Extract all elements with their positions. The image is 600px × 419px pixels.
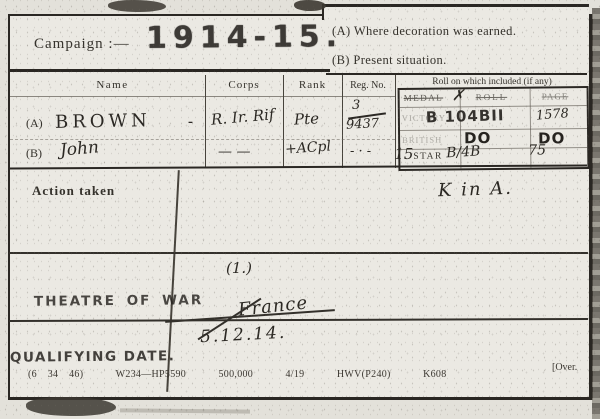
medal-roll-table: MEDAL ✗ ROLL PAGE VICTORY B 104BII 1578 … xyxy=(398,86,590,171)
header-rule-left xyxy=(10,69,330,72)
corps-b-ditto: — — xyxy=(218,144,250,160)
star-roll-value: B/4B xyxy=(446,143,481,161)
medal-index-card-scan: Campaign :— 1914-15. (A) Where decoratio… xyxy=(0,0,600,419)
scan-streak-bottom xyxy=(120,408,250,413)
column-header-name: Name xyxy=(20,79,205,91)
row-b-label: (B) xyxy=(26,146,42,161)
rollbox-row-line-3 xyxy=(400,147,587,150)
rank-b-value: +ACpl xyxy=(284,138,331,157)
star-medal-label: STAR xyxy=(413,152,443,162)
campaign-date-stamp: 1914-15. xyxy=(146,19,343,56)
british-medal-label: BRITISH xyxy=(402,135,442,145)
column-header-underline xyxy=(10,96,395,97)
note-present-situation: (B) Present situation. xyxy=(332,53,447,68)
surname-dash: - xyxy=(188,114,193,131)
victory-page-value: 1578 xyxy=(535,106,569,124)
reg-b-ditto: - · - xyxy=(350,144,371,159)
scan-artifact-top-center xyxy=(294,0,326,11)
star-page-value: 75 xyxy=(528,142,546,158)
theatre-number: (1.) xyxy=(226,259,252,277)
campaign-label: Campaign :— xyxy=(34,36,130,53)
rollbox-header-roll: ROLL xyxy=(476,92,508,102)
reg-no-denominator: 9437 xyxy=(346,116,380,133)
column-header-rank: Rank xyxy=(285,79,340,91)
qualifying-date-stamp: QUALIFYING DATE. xyxy=(10,348,176,365)
scan-artifact-bottom-left xyxy=(26,397,116,416)
header-rule-right xyxy=(326,73,587,75)
killed-in-action-note: K in A. xyxy=(438,178,514,202)
row-a-label: (A) xyxy=(26,116,43,131)
action-taken-label: Action taken xyxy=(32,183,115,199)
forename-handwritten: John xyxy=(59,137,100,160)
action-section-bottom-rule xyxy=(9,252,588,254)
scan-edge-right-band xyxy=(592,8,600,419)
reg-no-numerator: 3 xyxy=(352,98,360,113)
column-header-corps: Corps xyxy=(207,79,281,91)
column-header-reg-no: Reg. No. xyxy=(341,80,395,91)
rank-a-value: Pte xyxy=(294,109,320,128)
rollbox-header-page: PAGE xyxy=(542,91,569,101)
surname-handwritten: BROWN xyxy=(55,110,151,133)
divider-name-corps xyxy=(205,75,206,168)
theatre-of-war-stamp: THEATRE OF WAR xyxy=(34,292,203,309)
star-15-handwritten: 15 xyxy=(394,145,413,163)
note-where-decoration-earned: (A) Where decoration was earned. xyxy=(332,24,516,39)
over-note: [Over. xyxy=(552,362,577,373)
form-printer-imprint: (6 34 46) W234—HP5590 500,000 4/19 HWV(P… xyxy=(28,369,447,380)
victory-roll-stamp: B 104BII xyxy=(426,106,505,126)
card-top-right-step xyxy=(322,4,589,20)
cross-mark: ✗ xyxy=(452,86,465,104)
divider-rank-reg xyxy=(342,75,343,168)
scan-artifact-top-left xyxy=(108,0,166,12)
rollbox-header-medal: MEDAL xyxy=(404,93,444,103)
divider-corps-rank xyxy=(283,75,284,168)
